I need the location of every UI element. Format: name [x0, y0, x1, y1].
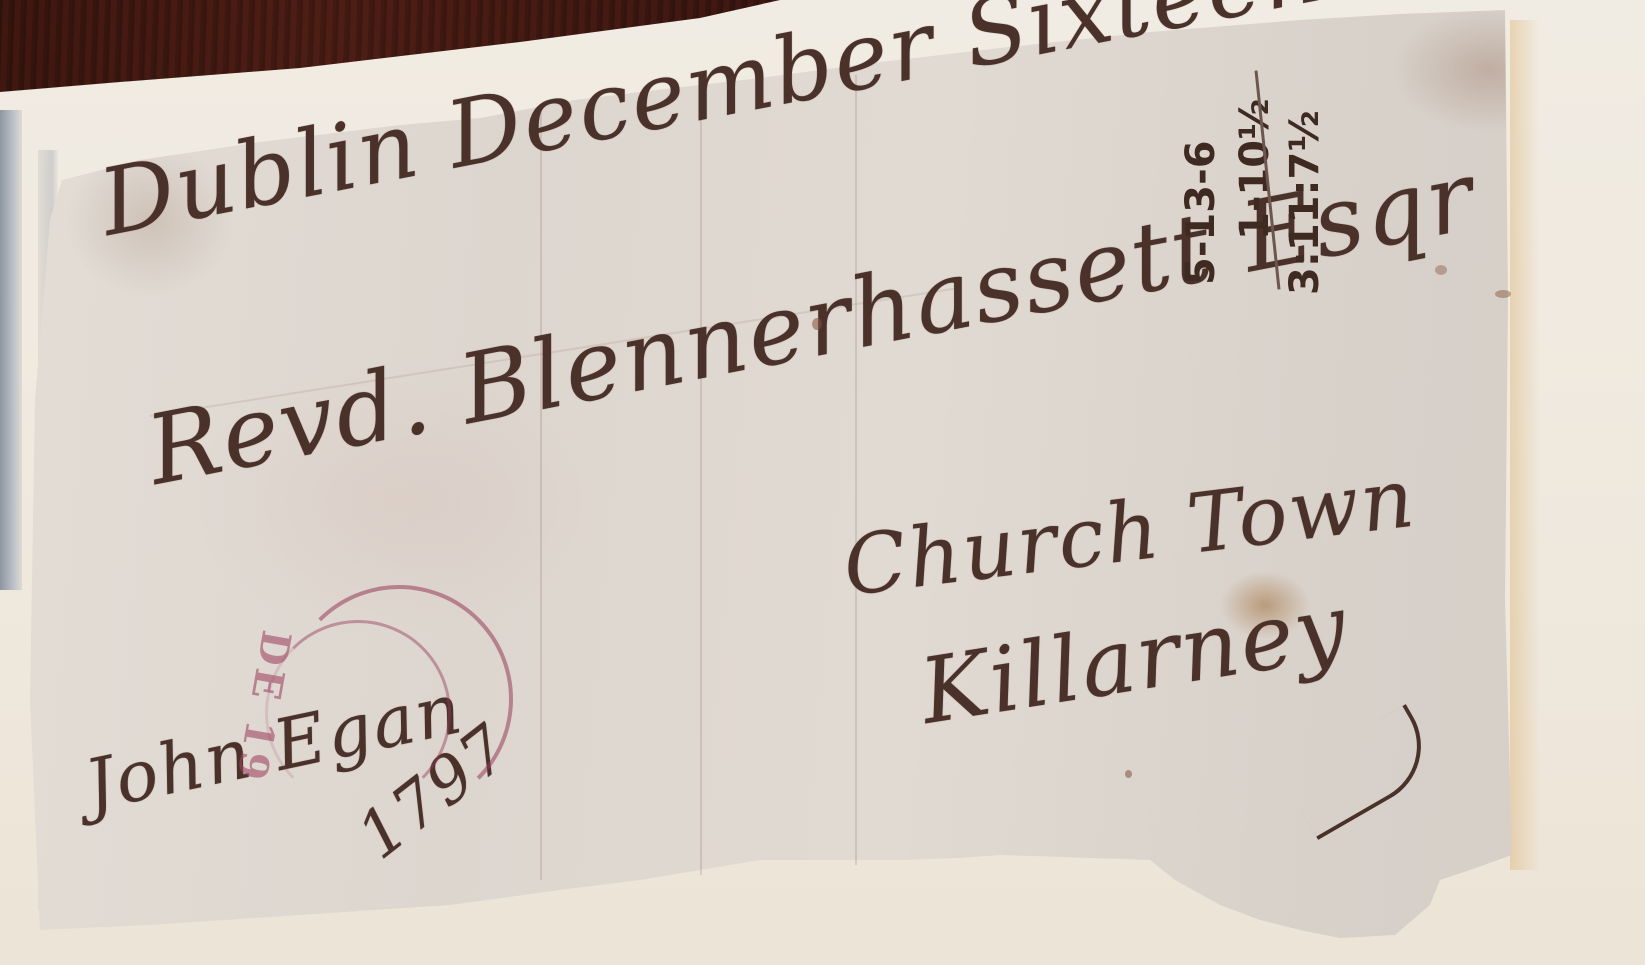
paper-shadow	[1510, 20, 1540, 870]
fold-line	[855, 75, 857, 865]
photo-scene: Dublin December Sixteen Revd. Blennerhas…	[0, 0, 1645, 965]
fold-line	[540, 110, 542, 880]
album-page-edge	[0, 110, 22, 590]
ink-spot	[1435, 265, 1447, 275]
postage-line-3: 3:11:7½	[1282, 110, 1328, 295]
postage-line-1: 5-13-6	[1178, 140, 1224, 285]
fold-line	[700, 95, 702, 875]
ink-spot	[812, 318, 822, 330]
postage-calculation: 5-13-6 1-10½ 3:11:7½	[1170, 70, 1350, 300]
ink-spot	[1495, 290, 1511, 298]
ink-spot	[1125, 770, 1132, 778]
